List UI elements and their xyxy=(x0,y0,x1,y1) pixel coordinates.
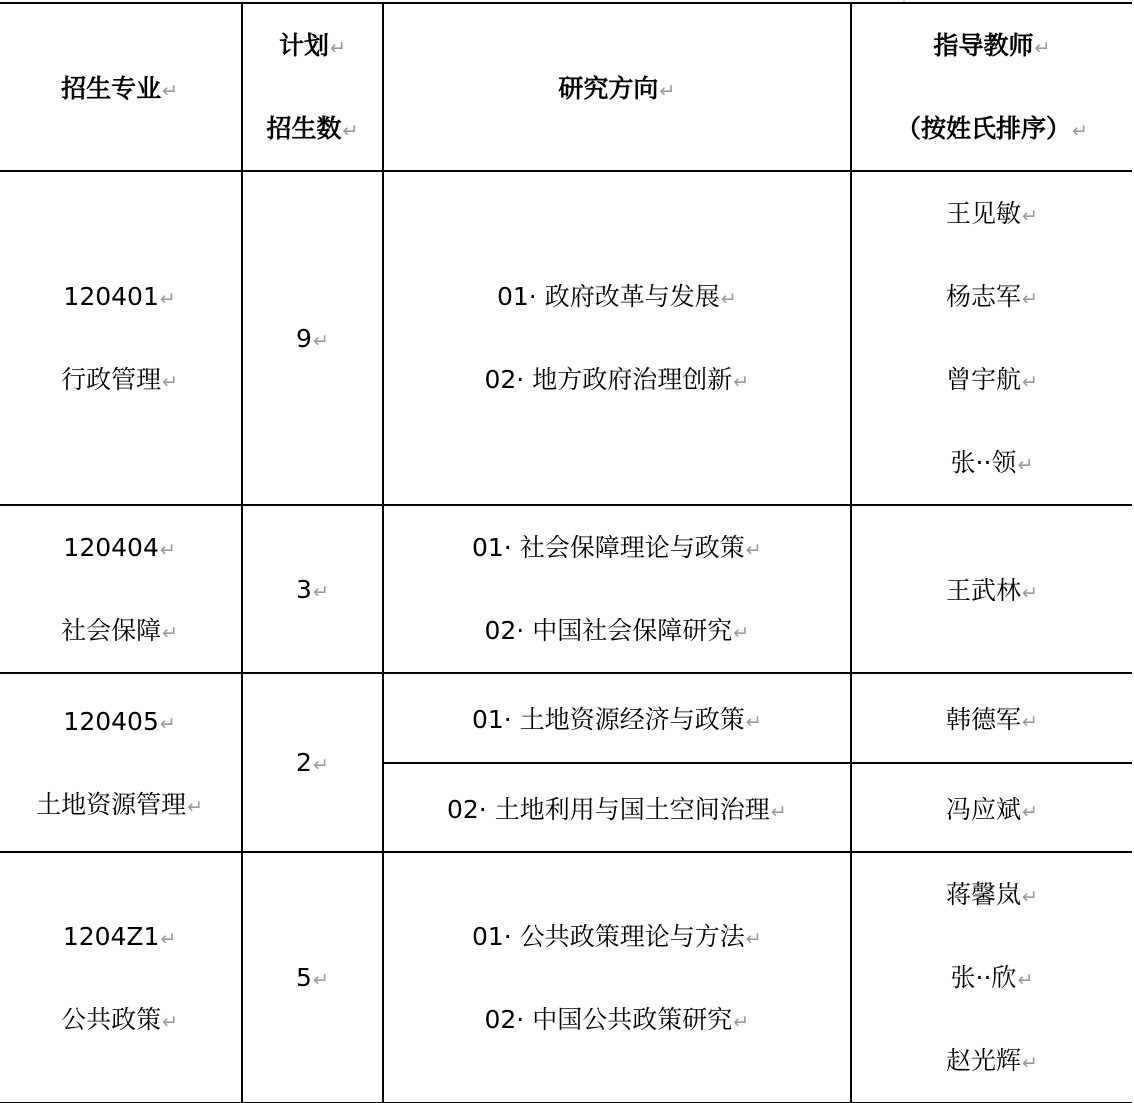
advisor-cell: 韩德军↵ xyxy=(851,673,1132,763)
cell-text: 02· 土地利用与国土空间治理 xyxy=(447,795,770,824)
cell-text: 冯应斌 xyxy=(946,795,1021,824)
cell-text: 行政管理 xyxy=(61,365,161,394)
major-cell: 120404↵ 社会保障↵ xyxy=(0,505,242,673)
header-major: 招生专业↵ xyxy=(0,3,242,171)
cell-text: 5 xyxy=(296,963,312,992)
advisor-cell: 冯应斌↵ xyxy=(851,763,1132,852)
cell-text: 01· 社会保障理论与政策 xyxy=(472,533,745,562)
cell-text: 杨志军 xyxy=(946,282,1021,311)
advisor-cell: 王武林↵ xyxy=(851,505,1132,673)
quota-cell: 2↵ xyxy=(242,673,383,852)
paragraph-mark-icon: ↵ xyxy=(746,711,762,733)
text-line: 02· 中国社会保障研究↵ xyxy=(384,589,850,672)
paragraph-mark-icon: ↵ xyxy=(313,969,329,991)
direction-cell: 01· 政府改革与发展↵ 02· 地方政府治理创新↵ xyxy=(383,171,851,505)
paragraph-mark-icon: ↵ xyxy=(1017,454,1033,476)
text-line: 招生数↵ xyxy=(243,87,382,170)
header-advisor: 指导教师↵ （按姓氏排序）↵ xyxy=(851,3,1132,171)
paragraph-mark-icon: ↵ xyxy=(1022,801,1038,823)
text-line: 01· 政府改革与发展↵ xyxy=(384,255,850,338)
cell-text: 曾宇航 xyxy=(946,365,1021,394)
text-line: 01· 公共政策理论与方法↵ xyxy=(384,895,850,978)
paragraph-mark-icon: ↵ xyxy=(160,713,176,735)
text-line: 张··领↵ xyxy=(852,421,1132,504)
direction-cell: 01· 土地资源经济与政策↵ xyxy=(383,673,851,763)
cell-text: 02· 地方政府治理创新 xyxy=(484,365,732,394)
paragraph-mark-icon: ↵ xyxy=(313,330,329,352)
cell-text: 02· 中国公共政策研究 xyxy=(484,1005,732,1034)
cell-text: 120404 xyxy=(63,533,158,562)
text-line: 王见敏↵ xyxy=(852,172,1132,255)
cell-text: 韩德军 xyxy=(946,705,1021,734)
cell-text: 赵光辉 xyxy=(946,1046,1021,1075)
cell-text: 公共政策 xyxy=(61,1005,161,1034)
paragraph-mark-icon: ↵ xyxy=(162,80,178,102)
cell-text: 120401 xyxy=(63,282,158,311)
cell-text: 蒋馨岚 xyxy=(946,880,1021,909)
paragraph-mark-icon: ↵ xyxy=(162,1011,178,1033)
paragraph-mark-icon: ↵ xyxy=(313,581,329,603)
quota-cell: 5↵ xyxy=(242,852,383,1103)
cell-text: 王武林 xyxy=(946,576,1021,605)
cell-text: 社会保障 xyxy=(61,616,161,645)
text-line: 1204Z1↵ xyxy=(0,895,241,978)
paragraph-mark-icon: ↵ xyxy=(1022,1052,1038,1074)
cell-text: 指导教师 xyxy=(933,31,1033,60)
text-line: 02· 地方政府治理创新↵ xyxy=(384,338,850,421)
paragraph-mark-icon: ↵ xyxy=(1022,371,1038,393)
text-line: 120404↵ xyxy=(0,506,241,589)
cell-text: 王见敏 xyxy=(946,199,1021,228)
enrollment-table: 招生专业↵ 计划↵ 招生数↵ 研究方向↵ 指导教师↵ （按姓氏排序）↵ 1204… xyxy=(0,2,1132,1103)
cell-text: 张··欣 xyxy=(951,963,1017,992)
text-line: 杨志军↵ xyxy=(852,255,1132,338)
cell-text: 2 xyxy=(296,748,312,777)
table-row: 120401↵ 行政管理↵ 9↵ 01· 政府改革与发展↵ 02· 地方政府治理… xyxy=(0,171,1132,505)
cell-text: 120405 xyxy=(63,707,158,736)
paragraph-mark-icon: ↵ xyxy=(771,801,787,823)
header-direction: 研究方向↵ xyxy=(383,3,851,171)
cell-text: 土地资源管理 xyxy=(36,790,186,819)
paragraph-mark-icon: ↵ xyxy=(746,928,762,950)
cell-text: 招生专业 xyxy=(61,74,161,103)
major-cell: 120405↵ 土地资源管理↵ xyxy=(0,673,242,852)
paragraph-mark-icon: ↵ xyxy=(330,37,346,59)
paragraph-mark-icon: ↵ xyxy=(160,928,176,950)
text-line: 120405↵ xyxy=(0,680,241,763)
paragraph-mark-icon: ↵ xyxy=(733,371,749,393)
paragraph-mark-icon: ↵ xyxy=(721,288,737,310)
text-line: 社会保障↵ xyxy=(0,589,241,672)
cell-text: 9 xyxy=(296,324,312,353)
paragraph-mark-icon: ↵ xyxy=(733,1011,749,1033)
major-cell: 120401↵ 行政管理↵ xyxy=(0,171,242,505)
paragraph-mark-icon: ↵ xyxy=(1022,582,1038,604)
paragraph-mark-icon: ↵ xyxy=(313,754,329,776)
text-line: 01· 社会保障理论与政策↵ xyxy=(384,506,850,589)
paragraph-mark-icon: ↵ xyxy=(1072,120,1088,142)
text-line: （按姓氏排序）↵ xyxy=(852,87,1132,170)
paragraph-mark-icon: ↵ xyxy=(1022,288,1038,310)
advisor-cell: 蒋馨岚↵ 张··欣↵ 赵光辉↵ xyxy=(851,852,1132,1103)
paragraph-mark-icon: ↵ xyxy=(160,539,176,561)
text-line: 土地资源管理↵ xyxy=(0,763,241,846)
text-line: 张··欣↵ xyxy=(852,936,1132,1019)
direction-cell: 01· 社会保障理论与政策↵ 02· 中国社会保障研究↵ xyxy=(383,505,851,673)
cell-text: 1204Z1 xyxy=(63,922,160,951)
text-line: 指导教师↵ xyxy=(852,4,1132,87)
text-line: 计划↵ xyxy=(243,4,382,87)
cell-text: 研究方向 xyxy=(558,74,658,103)
cell-text: 01· 土地资源经济与政策 xyxy=(472,705,745,734)
paragraph-mark-icon: ↵ xyxy=(162,371,178,393)
direction-cell: 02· 土地利用与国土空间治理↵ xyxy=(383,763,851,852)
text-line: 赵光辉↵ xyxy=(852,1019,1132,1102)
direction-cell: 01· 公共政策理论与方法↵ 02· 中国公共政策研究↵ xyxy=(383,852,851,1103)
paragraph-mark-icon: ↵ xyxy=(1034,37,1050,59)
cell-text: 3 xyxy=(296,575,312,604)
header-row: 招生专业↵ 计划↵ 招生数↵ 研究方向↵ 指导教师↵ （按姓氏排序）↵ xyxy=(0,3,1132,171)
quota-cell: 9↵ xyxy=(242,171,383,505)
cell-text: 02· 中国社会保障研究 xyxy=(484,616,732,645)
paragraph-mark-icon: ↵ xyxy=(733,622,749,644)
quota-cell: 3↵ xyxy=(242,505,383,673)
cell-text: 01· 政府改革与发展 xyxy=(497,282,720,311)
text-line: 02· 中国公共政策研究↵ xyxy=(384,978,850,1061)
major-cell: 1204Z1↵ 公共政策↵ xyxy=(0,852,242,1103)
paragraph-mark-icon: ↵ xyxy=(1022,886,1038,908)
table-row: 120404↵ 社会保障↵ 3↵ 01· 社会保障理论与政策↵ 02· 中国社会… xyxy=(0,505,1132,673)
paragraph-mark-icon: ↵ xyxy=(1017,969,1033,991)
cell-text: 张··领 xyxy=(951,448,1017,477)
paragraph-mark-icon: ↵ xyxy=(162,622,178,644)
advisor-cell: 王见敏↵ 杨志军↵ 曾宇航↵ 张··领↵ xyxy=(851,171,1132,505)
text-line: 行政管理↵ xyxy=(0,338,241,421)
cell-text: 计划 xyxy=(279,31,329,60)
text-line: 曾宇航↵ xyxy=(852,338,1132,421)
cell-text: 招生数 xyxy=(266,114,341,143)
paragraph-mark-icon: ↵ xyxy=(160,288,176,310)
paragraph-mark-icon: ↵ xyxy=(1022,711,1038,733)
table-row: 120405↵ 土地资源管理↵ 2↵ 01· 土地资源经济与政策↵ 韩德军↵ xyxy=(0,673,1132,763)
cell-text: 01· 公共政策理论与方法 xyxy=(472,922,745,951)
header-quota: 计划↵ 招生数↵ xyxy=(242,3,383,171)
paragraph-mark-icon: ↵ xyxy=(343,120,359,142)
paragraph-mark-icon: ↵ xyxy=(187,796,203,818)
paragraph-mark-icon: ↵ xyxy=(1022,205,1038,227)
paragraph-mark-icon: ↵ xyxy=(746,539,762,561)
table-row: 1204Z1↵ 公共政策↵ 5↵ 01· 公共政策理论与方法↵ 02· 中国公共… xyxy=(0,852,1132,1103)
text-line: 蒋馨岚↵ xyxy=(852,853,1132,936)
paragraph-mark-icon: ↵ xyxy=(659,80,675,102)
cell-text: （按姓氏排序） xyxy=(896,114,1071,143)
text-line: 公共政策↵ xyxy=(0,978,241,1061)
text-line: 120401↵ xyxy=(0,255,241,338)
